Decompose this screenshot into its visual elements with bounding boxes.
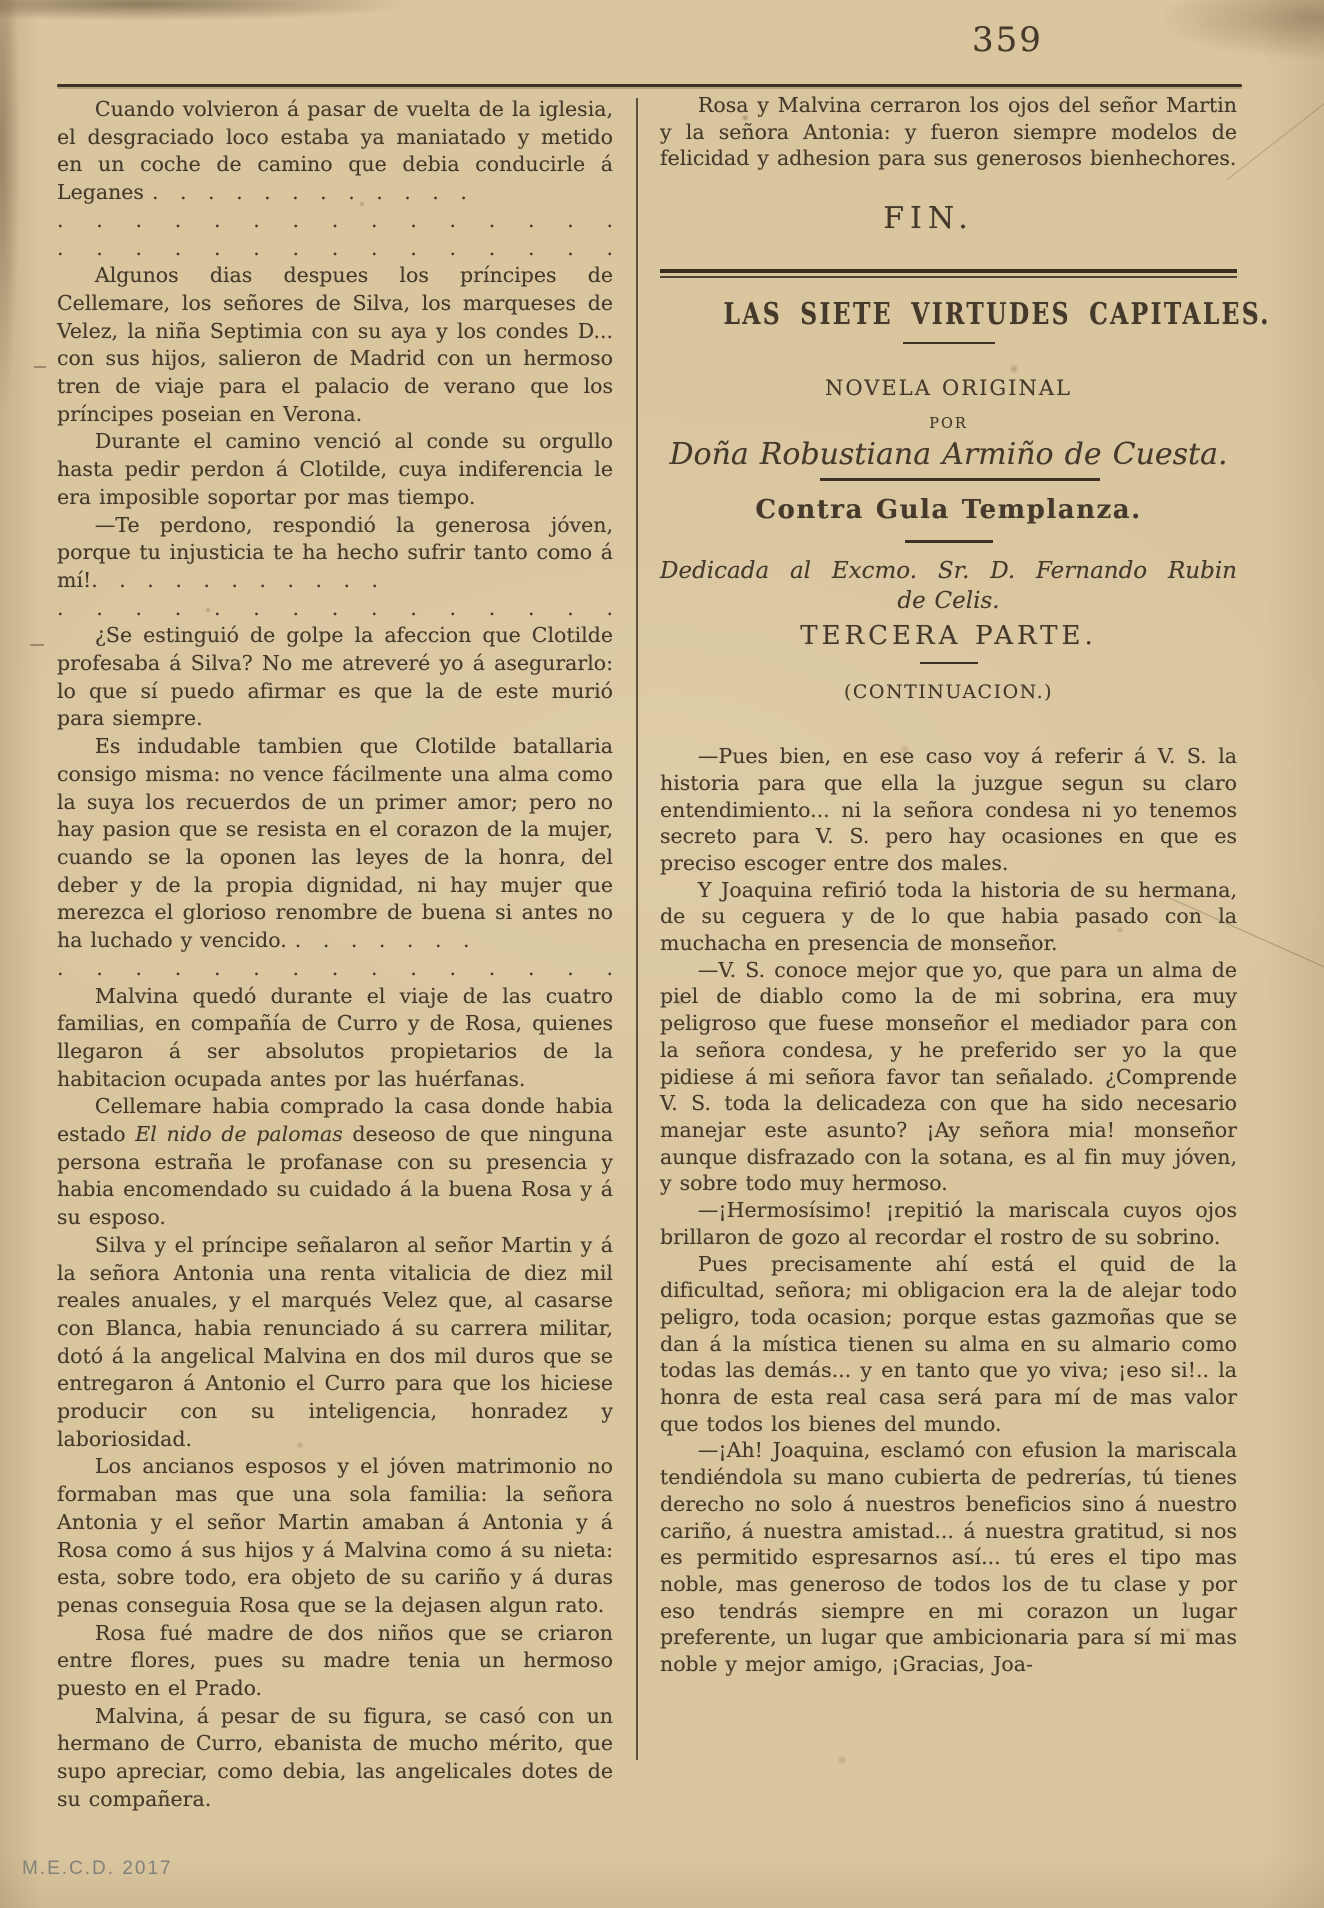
scanned-book-page: 359 Cuando volvieron á pasar de vuelta d… — [0, 0, 1324, 1908]
paragraph: Silva y el príncipe señalaron al señor M… — [57, 1232, 613, 1454]
dotted-fill-line: . . . . . . . . . . . . . . . — [57, 207, 613, 235]
novel-ending-paragraphs: Rosa y Malvina cerraron los ojos del señ… — [660, 92, 1237, 172]
part-heading: TERCERA PARTE. — [660, 623, 1237, 650]
chapter-rule — [905, 540, 993, 543]
fin-label: FIN. — [640, 206, 1217, 233]
title-rule — [903, 342, 995, 345]
author-name: Doña Robustiana Armiño de Cuesta. — [660, 442, 1237, 469]
paragraph: —¡Hermosísimo! ¡repitió la mariscala cuy… — [660, 1197, 1237, 1250]
pencil-mark — [30, 644, 44, 646]
story-body-paragraphs: —Pues bien, en ese caso voy á referir á … — [660, 743, 1237, 1678]
dotted-fill-line: . . . . . . . . . . . . . . . — [57, 235, 613, 263]
paragraph: Rosa y Malvina cerraron los ojos del señ… — [660, 92, 1237, 172]
dedication-line-2: de Celis. — [660, 588, 1237, 615]
author-rule — [820, 478, 1100, 481]
header-rule — [57, 84, 1242, 87]
dotted-fill-line: . . . . . . . . . . . . . . . — [57, 595, 613, 623]
paragraph: Cuando volvieron á pasar de vuelta de la… — [57, 96, 613, 207]
paragraph: —V. S. conoce mejor que yo, que para un … — [660, 957, 1237, 1197]
paragraph: Algunos dias despues los príncipes de Ce… — [57, 262, 613, 428]
dedication: Dedicada al Excmo. Sr. D. Fernando Rubin… — [660, 558, 1237, 614]
byline-por: POR — [660, 411, 1237, 438]
paragraph: Es indudable tambien que Clotilde batall… — [57, 733, 613, 955]
subtitle-novela-original: NOVELA ORIGINAL — [660, 375, 1237, 402]
paragraph: Malvina quedó durante el viaje de las cu… — [57, 983, 613, 1094]
section-separator-double-rule — [660, 269, 1237, 278]
paragraph: —¡Ah! Joaquina, esclamó con efusion la m… — [660, 1437, 1237, 1677]
dotted-fill-line: . . . . . . . . . . . . . . . — [57, 955, 613, 983]
paragraph: Los ancianos esposos y el jóven matrimon… — [57, 1453, 613, 1619]
paper-crease — [1227, 81, 1324, 180]
paragraph: ¿Se estinguió de golpe la afeccion que C… — [57, 622, 613, 733]
continuation-note: (CONTINUACION.) — [660, 679, 1237, 706]
dedication-line-1: Dedicada al Excmo. Sr. D. Fernando Rubin — [660, 558, 1237, 585]
column-divider-rule — [636, 98, 638, 1760]
pencil-mark — [34, 366, 46, 368]
paragraph: Pues precisamente ahí está el quid de la… — [660, 1251, 1237, 1438]
left-column: Cuando volvieron á pasar de vuelta de la… — [57, 96, 613, 1814]
paragraph: Y Joaquina refirió toda la historia de s… — [660, 877, 1237, 957]
paragraph: Durante el camino venció al conde su org… — [57, 428, 613, 511]
paragraph: —Pues bien, en ese caso voy á referir á … — [660, 743, 1237, 877]
archive-watermark: M.E.C.D. 2017 — [22, 1858, 173, 1880]
right-column: Rosa y Malvina cerraron los ojos del señ… — [660, 92, 1237, 1678]
page-number: 359 — [972, 20, 1043, 60]
paragraph: —Te perdono, respondió la generosa jóven… — [57, 512, 613, 595]
part-rule — [920, 662, 978, 665]
chapter-title: Contra Gula Templanza. — [660, 497, 1237, 524]
serial-title: LAS SIETE VIRTUDES CAPITALES. — [723, 302, 1173, 329]
paragraph: Cellemare habia comprado la casa donde h… — [57, 1093, 613, 1232]
paragraph: Malvina, á pesar de su figura, se casó c… — [57, 1703, 613, 1814]
paragraph: Rosa fué madre de dos niños que se criar… — [57, 1620, 613, 1703]
